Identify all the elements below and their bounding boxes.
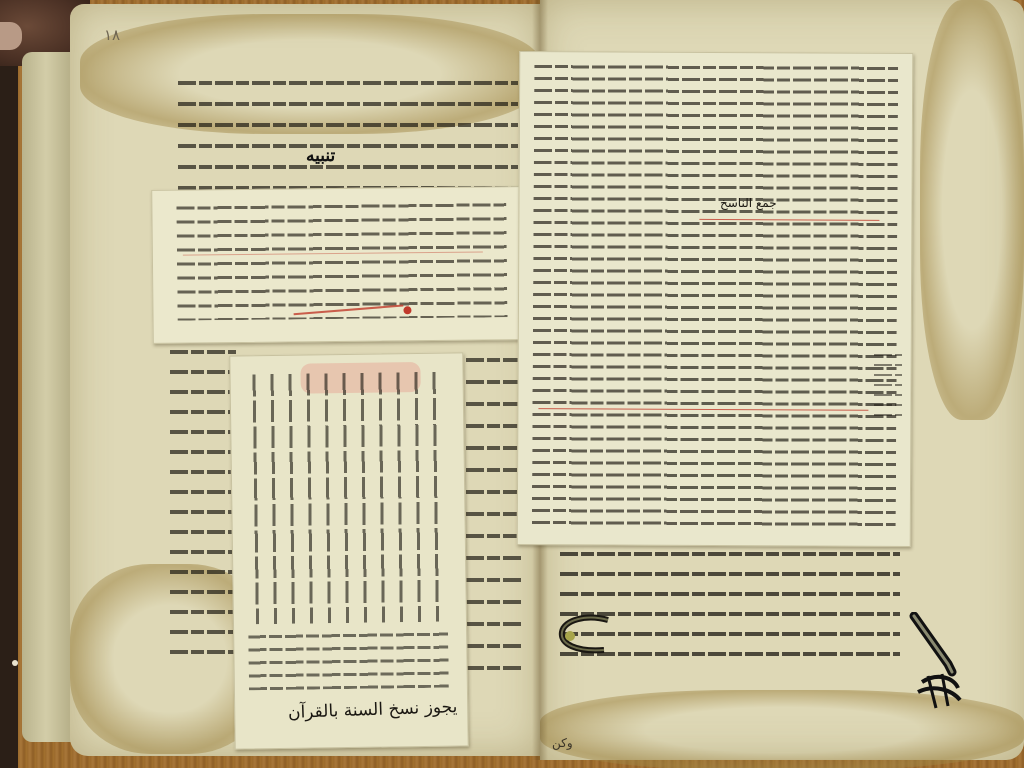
left-page-margin-column <box>170 342 236 668</box>
right-slip-subheading: جمع الناسخ <box>720 196 777 210</box>
slip-text <box>176 197 507 320</box>
handwritten-text-lines <box>178 72 518 190</box>
paint-spatter <box>12 660 18 666</box>
left-page-column-right <box>466 350 522 670</box>
slip-rotated-text <box>245 372 448 625</box>
handwritten-text-lines <box>248 628 449 691</box>
thumbnail <box>0 22 22 50</box>
water-stain <box>920 0 1024 420</box>
left-page-text-top <box>178 72 518 190</box>
handwritten-text-lines <box>170 342 236 668</box>
tailpiece-ornament-icon <box>908 612 964 710</box>
slip-bottom-text <box>248 628 449 691</box>
handwritten-text-lines <box>245 372 448 625</box>
page-number: ١٨ <box>104 26 120 44</box>
handwritten-text-lines <box>874 350 902 420</box>
annotation-slip-horizontal <box>151 186 523 344</box>
slip-text-right <box>532 60 898 532</box>
handwritten-text-lines <box>532 60 898 532</box>
section-mark-ornament-icon <box>556 612 616 658</box>
tanbih-heading: تنبيه <box>306 146 335 166</box>
annotation-slip-right-page <box>517 51 914 547</box>
right-page-margin-notes <box>874 350 902 420</box>
annotation-slip-vertical <box>229 352 468 749</box>
handwritten-text-lines <box>176 197 507 320</box>
handwritten-text-lines <box>466 350 522 670</box>
red-dot-marker <box>403 306 411 314</box>
catchword: وكن <box>552 736 573 750</box>
